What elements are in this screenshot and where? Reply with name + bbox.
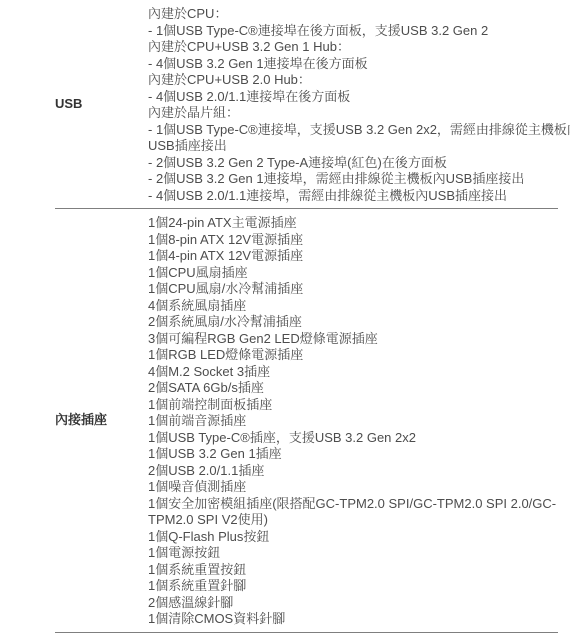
spec-line: 1個USB 3.2 Gen 1插座 <box>148 446 558 463</box>
spec-line: 2個SATA 6Gb/s插座 <box>148 380 558 397</box>
spec-line: 1個4-pin ATX 12V電源插座 <box>148 248 558 265</box>
spec-line: TPM2.0 SPI V2使用) <box>148 512 558 529</box>
spec-line: 1個8-pin ATX 12V電源插座 <box>148 232 558 249</box>
spec-row-internal-connectors: 內接插座 1個24-pin ATX主電源插座1個8-pin ATX 12V電源插… <box>55 209 558 633</box>
spec-line: 1個前端控制面板插座 <box>148 397 558 414</box>
spec-line: 2個感溫線針腳 <box>148 595 558 612</box>
spec-line: USB插座接出 <box>148 138 570 155</box>
spec-line: 4個M.2 Socket 3插座 <box>148 364 558 381</box>
spec-line: 4個系統風扇插座 <box>148 298 558 315</box>
spec-line: - 1個USB Type-C®連接埠在後方面板，支援USB 3.2 Gen 2 <box>148 23 570 40</box>
spec-line: 1個Q-Flash Plus按鈕 <box>148 529 558 546</box>
spec-line: 2個系統風扇/水冷幫浦插座 <box>148 314 558 331</box>
spec-label-usb: USB <box>55 96 148 112</box>
spec-line: - 4個USB 3.2 Gen 1連接埠在後方面板 <box>148 56 570 73</box>
spec-line: 1個CPU風扇/水冷幫浦插座 <box>148 281 558 298</box>
spec-line: 1個CPU風扇插座 <box>148 265 558 282</box>
spec-line: - 1個USB Type-C®連接埠，支援USB 3.2 Gen 2x2，需經由… <box>148 122 570 139</box>
spec-line: 1個RGB LED燈條電源插座 <box>148 347 558 364</box>
spec-line: 1個噪音偵測插座 <box>148 479 558 496</box>
spec-line: 1個安全加密模組插座(限搭配GC-TPM2.0 SPI/GC-TPM2.0 SP… <box>148 496 558 513</box>
spec-line: 1個前端音源插座 <box>148 413 558 430</box>
spec-content-usb: 內建於CPU：- 1個USB Type-C®連接埠在後方面板，支援USB 3.2… <box>148 0 570 208</box>
spec-line: - 2個USB 3.2 Gen 2 Type-A連接埠(紅色)在後方面板 <box>148 155 570 172</box>
spec-line: - 2個USB 3.2 Gen 1連接埠，需經由排線從主機板內USB插座接出 <box>148 171 570 188</box>
spec-line: 2個USB 2.0/1.1插座 <box>148 463 558 480</box>
spec-line: 1個清除CMOS資料針腳 <box>148 611 558 628</box>
spec-line: 內建於CPU+USB 3.2 Gen 1 Hub： <box>148 39 570 56</box>
spec-line: 3個可編程RGB Gen2 LED燈條電源插座 <box>148 331 558 348</box>
spec-line: 內建於CPU+USB 2.0 Hub： <box>148 72 570 89</box>
spec-label-internal-connectors: 內接插座 <box>55 412 148 428</box>
spec-line: 1個系統重置針腳 <box>148 578 558 595</box>
spec-content-internal-connectors: 1個24-pin ATX主電源插座1個8-pin ATX 12V電源插座1個4-… <box>148 209 558 632</box>
spec-line: - 4個USB 2.0/1.1連接埠，需經由排線從主機板內USB插座接出 <box>148 188 570 205</box>
spec-line: 1個系統重置按鈕 <box>148 562 558 579</box>
spec-line: 內建於CPU： <box>148 6 570 23</box>
spec-line: 1個24-pin ATX主電源插座 <box>148 215 558 232</box>
spec-line: 1個電源按鈕 <box>148 545 558 562</box>
spec-row-usb: USB 內建於CPU：- 1個USB Type-C®連接埠在後方面板，支援USB… <box>55 0 558 209</box>
spec-table: USB 內建於CPU：- 1個USB Type-C®連接埠在後方面板，支援USB… <box>55 0 558 633</box>
spec-line: 內建於晶片組： <box>148 105 570 122</box>
spec-line: - 4個USB 2.0/1.1連接埠在後方面板 <box>148 89 570 106</box>
spec-line: 1個USB Type-C®插座，支援USB 3.2 Gen 2x2 <box>148 430 558 447</box>
